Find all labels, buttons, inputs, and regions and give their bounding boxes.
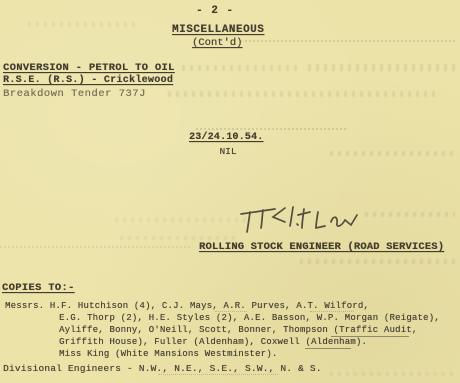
bleed-through-mark: [182, 65, 300, 71]
page-number: - 2 -: [196, 5, 234, 17]
bleed-through-mark: [240, 40, 455, 42]
bleed-through-mark: [330, 372, 455, 376]
copies-line: Griffith House), Fuller (Aldenham), Coxw…: [59, 337, 367, 347]
subject-line-3: Breakdown Tender 737J: [3, 88, 146, 100]
entry-date: 23/24.10.54.: [189, 132, 263, 143]
bleed-through-mark: [0, 246, 190, 248]
copies-heading: COPIES TO:-: [2, 282, 75, 294]
bleed-through-mark: [330, 151, 455, 156]
bleed-through-mark: [28, 22, 138, 27]
bleed-through-mark: [308, 64, 456, 71]
underline-wilford: [310, 311, 354, 312]
underline-divisions: [158, 374, 278, 375]
scanned-document-page: - 2 - MISCELLANEOUS (Cont'd) CONVERSION …: [0, 0, 460, 383]
bleed-through-mark: [196, 128, 346, 130]
underline-mays: [215, 311, 247, 312]
bleed-through-mark: [300, 259, 458, 264]
copies-line: Ayliffe, Bonny, O'Neill, Scott, Bonner, …: [59, 325, 417, 335]
handwritten-signature: [235, 197, 367, 241]
copies-line: Miss King (White Mansions Westminster).: [59, 349, 277, 359]
section-title: MISCELLANEOUS: [172, 24, 264, 36]
copies-line: Messrs. H.F. Hutchison (4), C.J. Mays, A…: [5, 301, 369, 311]
bleed-through-mark: [168, 91, 438, 97]
bleed-through-mark: [115, 218, 250, 222]
bleed-through-mark: [365, 212, 455, 217]
signoff-title: ROLLING STOCK ENGINEER (ROAD SERVICES): [199, 241, 444, 253]
entry-value: NIL: [189, 146, 267, 157]
copies-line: E.G. Thorp (2), H.E. Styles (2), A.E. Ba…: [59, 313, 440, 323]
underline-aldenham: [305, 348, 351, 349]
divisional-engineers-line: Divisional Engineers - N.W., N.E., S.E.,…: [3, 363, 322, 374]
section-subtitle: (Cont'd): [192, 37, 242, 49]
subject-line-2: R.S.E. (R.S.) - Cricklewood: [3, 75, 173, 86]
subject-line-1: CONVERSION - PETROL TO OIL: [3, 62, 175, 74]
bleed-through-mark: [120, 236, 240, 240]
